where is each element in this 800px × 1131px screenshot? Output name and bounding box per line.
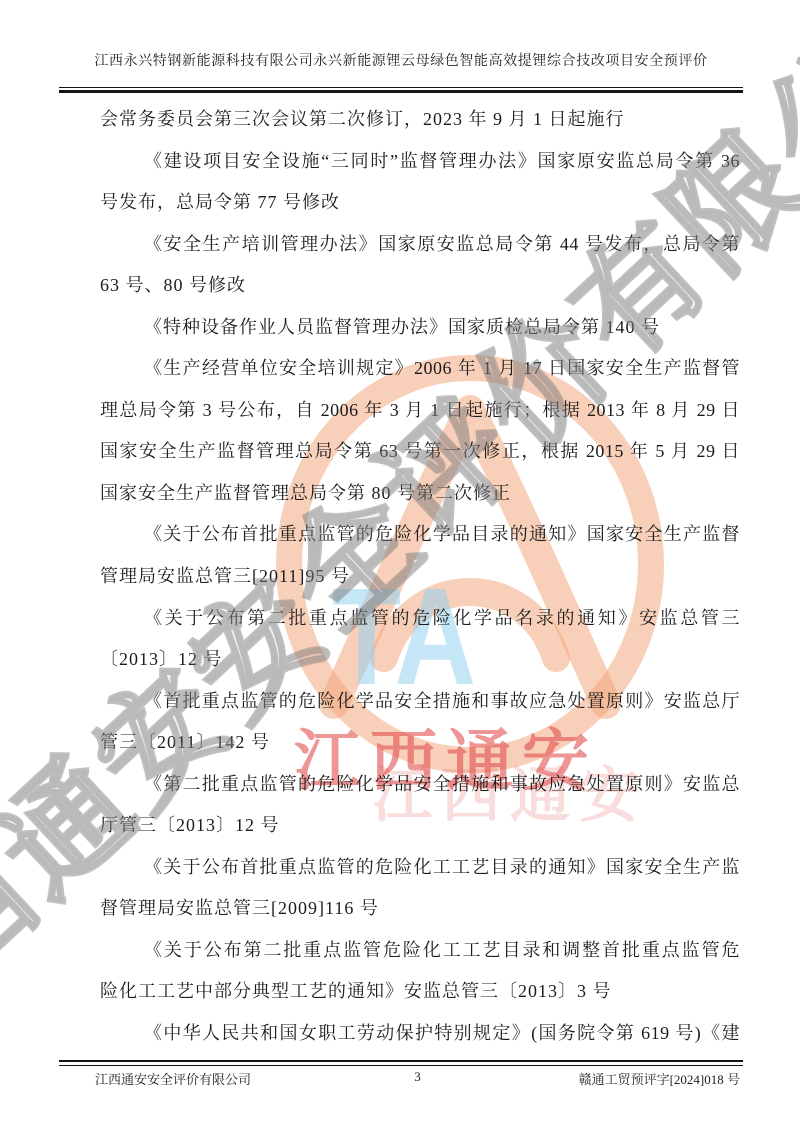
body-line: 会常务委员会第三次会议第二次修订，2023 年 9 月 1 日起施行 [100,99,740,141]
document-page: TA 江西通安 江西通安 江西永兴特钢新能源科技有限公司永兴新能源锂云母绿色智能… [0,0,800,1131]
footer-company-name: 江西通安安全评价有限公司 [95,1069,251,1088]
body-line: 管三〔2011〕142 号 [100,722,740,764]
body-line: 号发布，总局令第 77 号修改 [100,182,740,224]
body-line: 《安全生产培训管理办法》国家原安监总局令第 44 号发布，总局令第 [100,224,740,266]
page-footer: 江西通安安全评价有限公司 3 赣通工贸预评字[2024]018 号 [95,1069,740,1088]
page-header-title: 江西永兴特钢新能源科技有限公司永兴新能源锂云母绿色智能高效提锂综合技改项目安全预… [60,50,742,70]
document-body: 会常务委员会第三次会议第二次修订，2023 年 9 月 1 日起施行 《建设项目… [100,99,740,1055]
body-line: 《关于公布首批重点监管的危险化工工艺目录的通知》国家安全生产监 [100,847,740,889]
body-line: 《生产经营单位安全培训规定》2006 年 1 月 17 日国家安全生产监督管 [100,348,740,390]
body-line: 《关于公布第二批重点监管的危险化学品名录的通知》安监总管三 [100,598,740,640]
body-line: 险化工工艺中部分典型工艺的通知》安监总管三〔2013〕3 号 [100,971,740,1013]
body-line: 《建设项目安全设施“三同时”监督管理办法》国家原安监总局令第 36 [100,141,740,183]
body-line: 《中华人民共和国女职工劳动保护特别规定》(国务院令第 619 号)《建 [100,1013,740,1055]
body-line: 63 号、80 号修改 [100,265,740,307]
footer-double-rule [59,1060,743,1066]
body-line: 《特种设备作业人员监督管理办法》国家质检总局令第 140 号 [100,307,740,349]
body-line: 督管理局安监总管三[2009]116 号 [100,888,740,930]
body-line: 管理局安监总管三[2011]95 号 [100,556,740,598]
header-double-rule [59,87,743,93]
body-line: 国家安全生产监督管理总局令第 80 号第二次修正 [100,473,740,515]
body-line: 国家安全生产监督管理总局令第 63 号第一次修正，根据 2015 年 5 月 2… [100,431,740,473]
body-line: 《关于公布首批重点监管的危险化学品目录的通知》国家安全生产监督 [100,514,740,556]
footer-document-number: 赣通工贸预评字[2024]018 号 [579,1069,740,1088]
body-line: 〔2013〕12 号 [100,639,740,681]
body-line: 《关于公布第二批重点监管危险化工工艺目录和调整首批重点监管危 [100,930,740,972]
body-line: 《首批重点监管的危险化学品安全措施和事故应急处置原则》安监总厅 [100,681,740,723]
body-line: 理总局令第 3 号公布，自 2006 年 3 月 1 日起施行；根据 2013 … [100,390,740,432]
body-line: 《第二批重点监管的危险化学品安全措施和事故应急处置原则》安监总 [100,764,740,806]
body-line: 厅管三〔2013〕12 号 [100,805,740,847]
